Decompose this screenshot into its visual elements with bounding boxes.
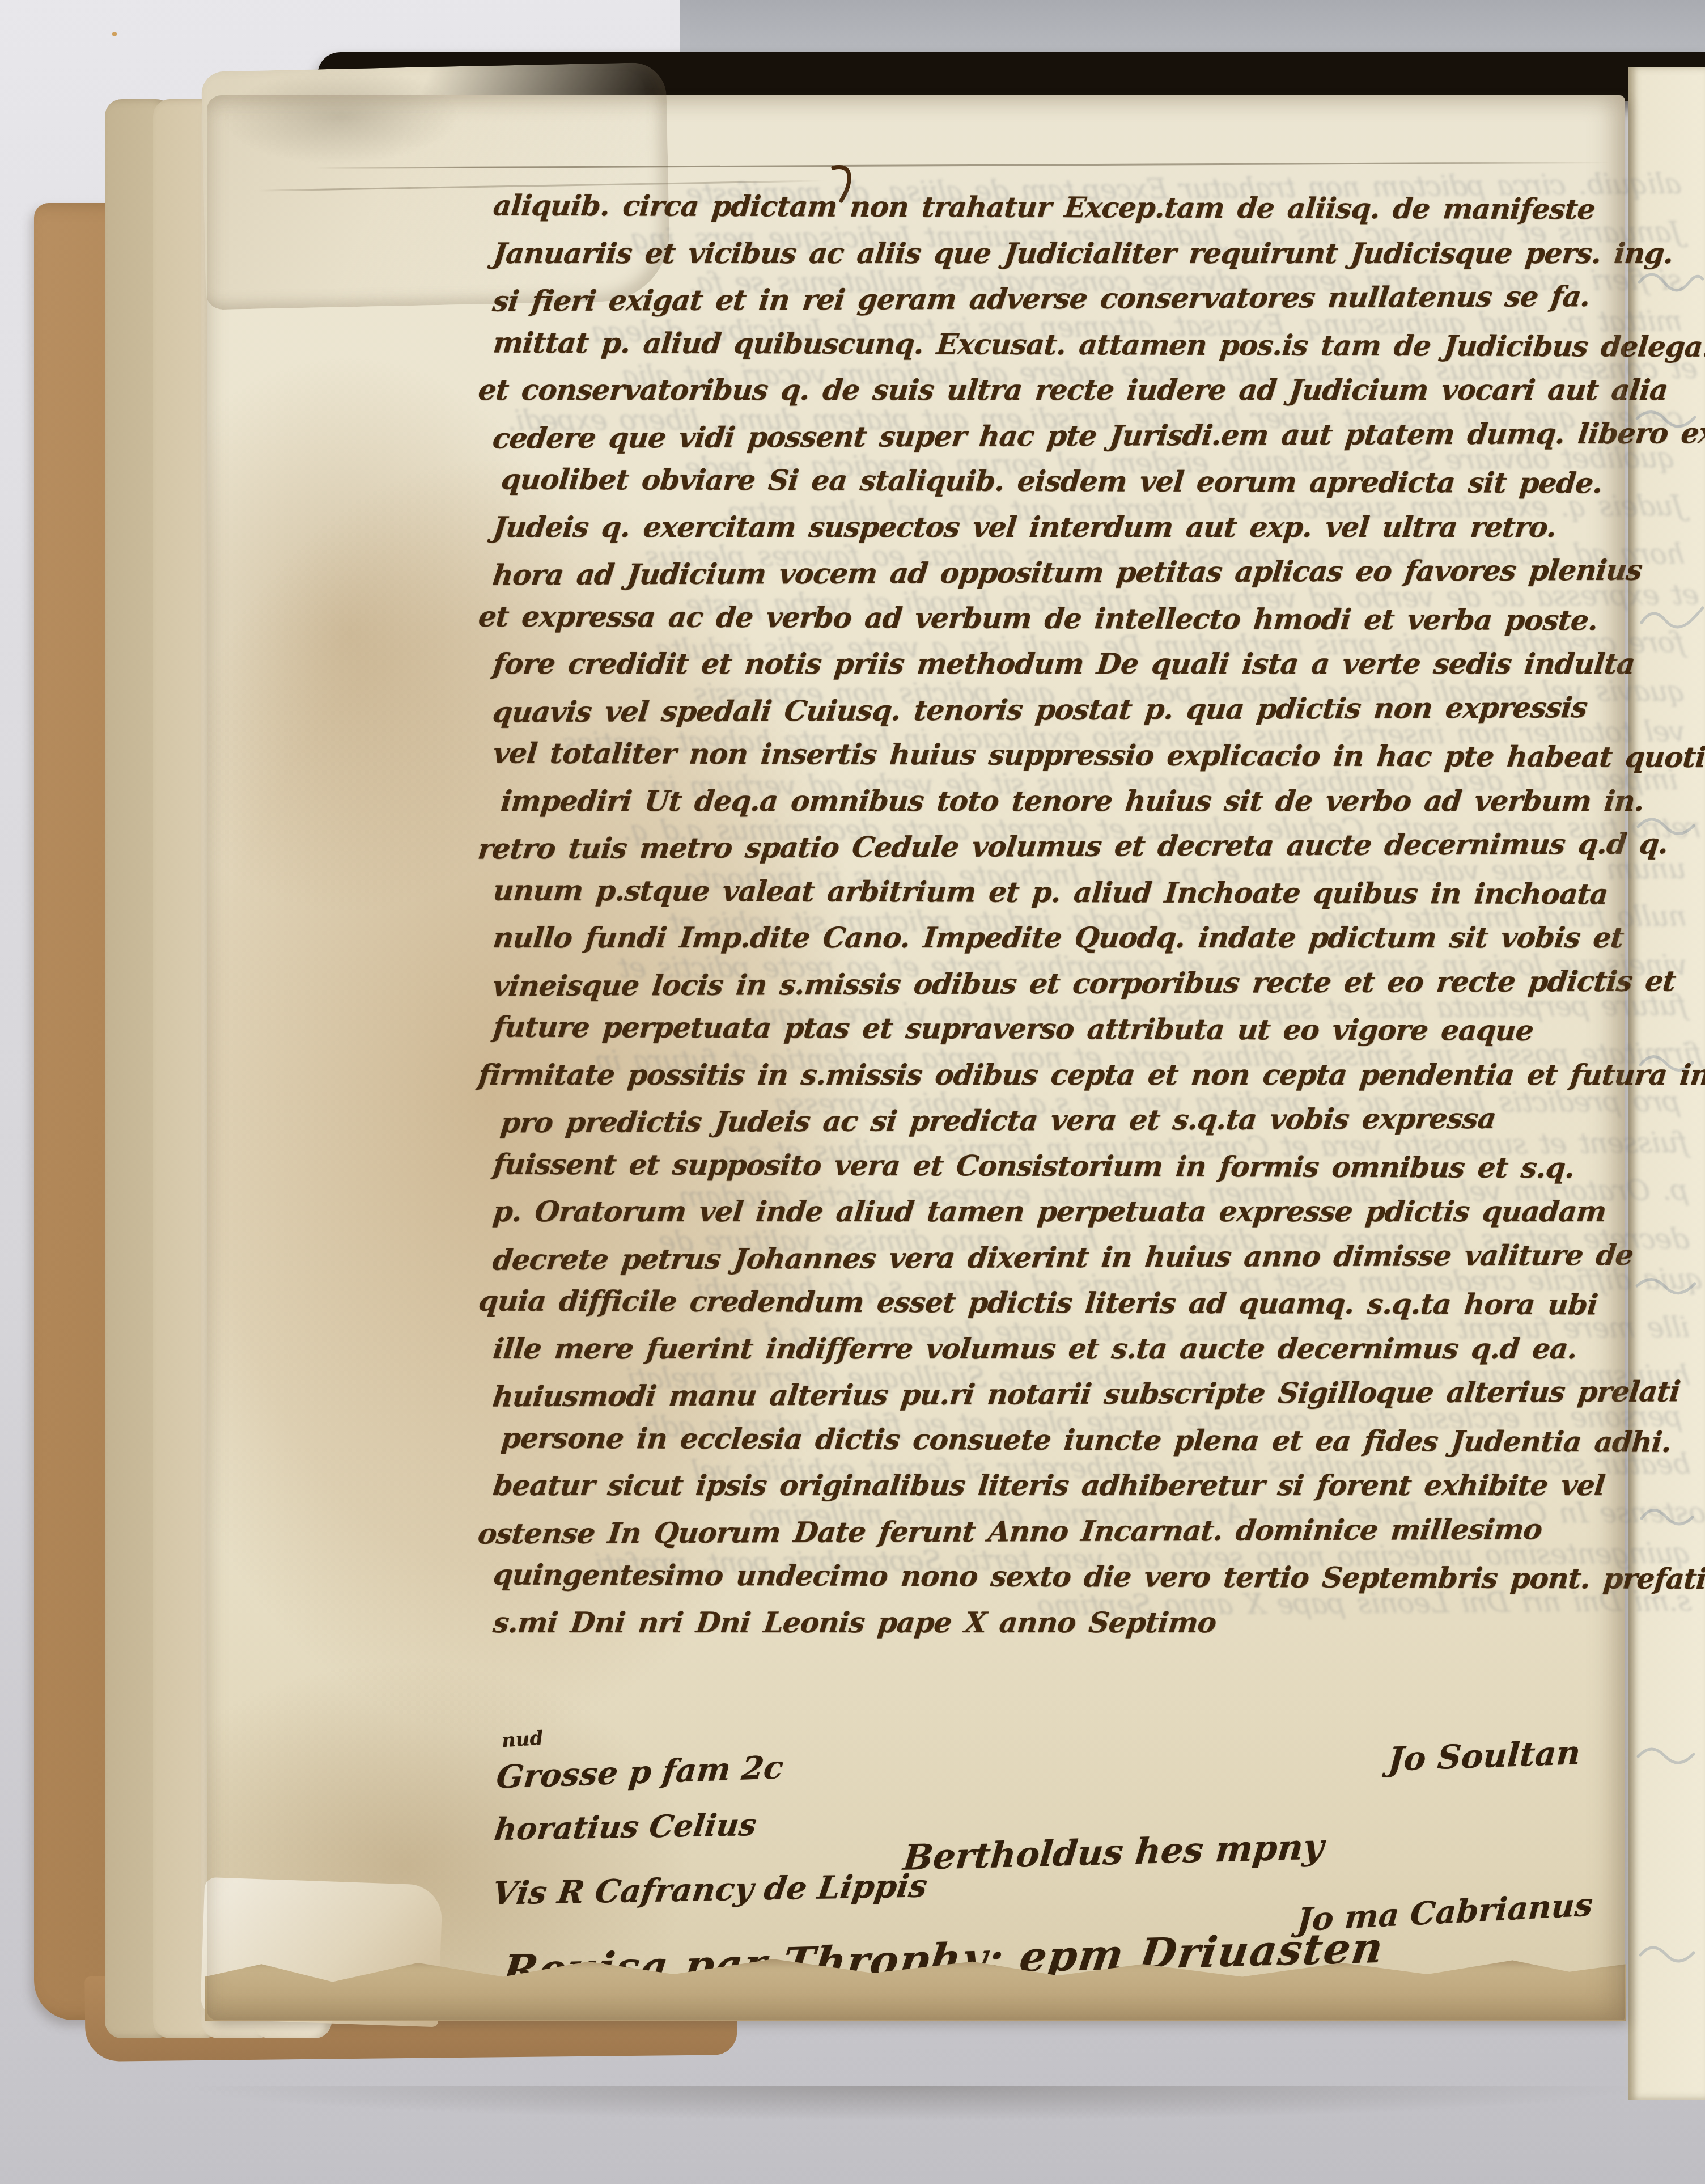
scanned-manuscript-photo: { "manuscript": { "body_lines": [ "aliqu… bbox=[0, 0, 1705, 2184]
page-shading bbox=[207, 95, 1625, 2020]
dust-speck bbox=[112, 32, 117, 36]
book-cast-shadow bbox=[187, 2086, 1638, 2120]
manuscript-page: aliquib. circa pdictam non trahatur Exce… bbox=[207, 95, 1625, 2020]
